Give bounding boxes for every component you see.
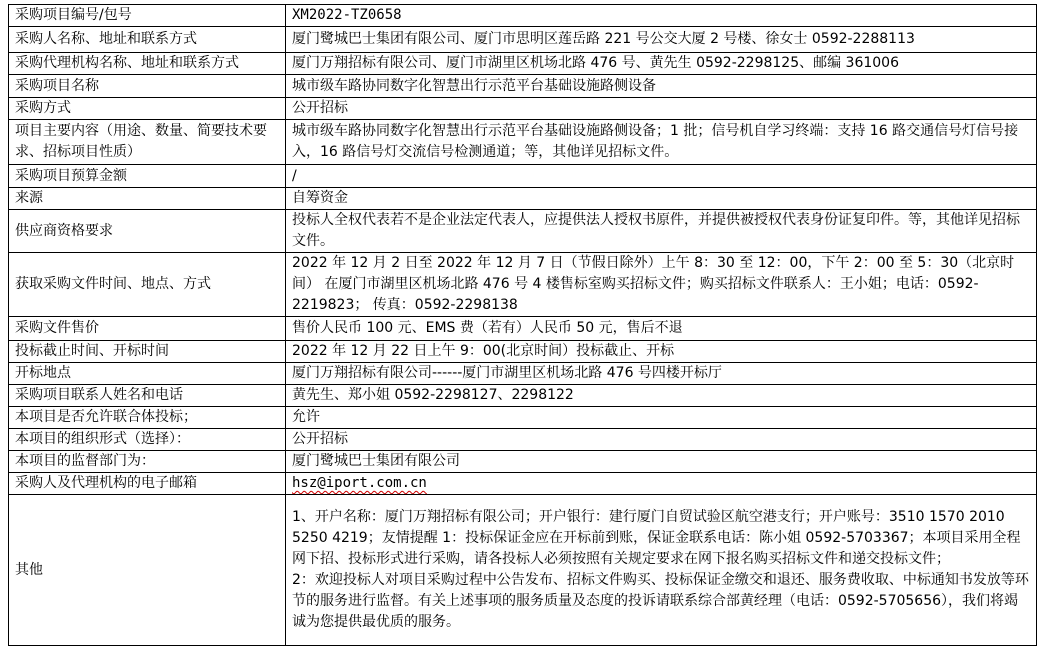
row-deadline: 投标截止时间、开标时间 2022 年 12 月 22 日上午 9：00(北京时间… [9, 341, 1037, 363]
row-other: 其他 1、开户名称：厦门万翔招标有限公司；开户银行：建行厦门自贸试验区航空港支行… [9, 495, 1037, 646]
value-document-acquisition: 2022 年 12 月 2 日至 2022 年 12 月 7 日（节假日除外）上… [286, 253, 1037, 317]
value-agency: 厦门万翔招标有限公司、厦门市湖里区机场北路 476 号、黄先生 0592-229… [286, 53, 1037, 75]
row-procurement-method: 采购方式 公开招标 [9, 98, 1037, 120]
label-organization-form: 本项目的组织形式（选择）： [9, 429, 286, 451]
label-funding-source: 来源 [9, 188, 286, 210]
value-deadline: 2022 年 12 月 22 日上午 9：00(北京时间）投标截止、开标 [286, 341, 1037, 363]
row-project-name: 采购项目名称 城市级车路协同数字化智慧出行示范平台基础设施路侧设备 [9, 75, 1037, 98]
row-supervisor: 本项目的监督部门为： 厦门鹭城巴士集团有限公司 [9, 451, 1037, 473]
value-consortium: 允许 [286, 407, 1037, 429]
label-opening-location: 开标地点 [9, 363, 286, 385]
label-supervisor: 本项目的监督部门为： [9, 451, 286, 473]
value-opening-location: 厦门万翔招标有限公司------厦门市湖里区机场北路 476 号四楼开标厅 [286, 363, 1037, 385]
row-funding-source: 来源 自筹资金 [9, 188, 1037, 210]
label-document-acquisition: 获取采购文件时间、地点、方式 [9, 253, 286, 317]
row-main-content: 项目主要内容（用途、数量、简要技术要求、招标项目性质） 城市级车路协同数字化智慧… [9, 120, 1037, 165]
value-main-content: 城市级车路协同数字化智慧出行示范平台基础设施路侧设备；1 批；信号机自学习终端：… [286, 120, 1037, 165]
label-project-number: 采购项目编号/包号 [9, 5, 286, 27]
label-deadline: 投标截止时间、开标时间 [9, 341, 286, 363]
row-document-acquisition: 获取采购文件时间、地点、方式 2022 年 12 月 2 日至 2022 年 1… [9, 253, 1037, 317]
label-agency: 采购代理机构名称、地址和联系方式 [9, 53, 286, 75]
label-supplier-qualification: 供应商资格要求 [9, 210, 286, 253]
label-contact: 采购项目联系人姓名和电话 [9, 385, 286, 407]
other-paragraph-1: 1、开户名称：厦门万翔招标有限公司；开户银行：建行厦门自贸试验区航空港支行；开户… [292, 507, 1030, 570]
label-document-price: 采购文件售价 [9, 317, 286, 341]
row-supplier-qualification: 供应商资格要求 投标人全权代表若不是企业法定代表人，应提供法人授权书原件，并提供… [9, 210, 1037, 253]
value-document-price: 售价人民币 100 元、EMS 费（若有）人民币 50 元，售后不退 [286, 317, 1037, 341]
label-other: 其他 [9, 495, 286, 646]
row-organization-form: 本项目的组织形式（选择）： 公开招标 [9, 429, 1037, 451]
value-project-name: 城市级车路协同数字化智慧出行示范平台基础设施路侧设备 [286, 75, 1037, 98]
label-budget: 采购项目预算金额 [9, 165, 286, 188]
value-supervisor: 厦门鹭城巴士集团有限公司 [286, 451, 1037, 473]
procurement-info-table: 采购项目编号/包号 XM2022-TZ0658 采购人名称、地址和联系方式 厦门… [8, 4, 1037, 646]
value-email: hsz@iport.com.cn [286, 473, 1037, 495]
row-project-number: 采购项目编号/包号 XM2022-TZ0658 [9, 5, 1037, 27]
label-email: 采购人及代理机构的电子邮箱 [9, 473, 286, 495]
value-budget: / [286, 165, 1037, 188]
value-other: 1、开户名称：厦门万翔招标有限公司；开户银行：建行厦门自贸试验区航空港支行；开户… [286, 495, 1037, 646]
value-project-number: XM2022-TZ0658 [286, 5, 1037, 27]
row-purchaser: 采购人名称、地址和联系方式 厦门鹭城巴士集团有限公司、厦门市思明区莲岳路 221… [9, 27, 1037, 53]
label-main-content: 项目主要内容（用途、数量、简要技术要求、招标项目性质） [9, 120, 286, 165]
label-consortium: 本项目是否允许联合体投标； [9, 407, 286, 429]
value-funding-source: 自筹资金 [286, 188, 1037, 210]
row-contact: 采购项目联系人姓名和电话 黄先生、郑小姐 0592-2298127、229812… [9, 385, 1037, 407]
value-organization-form: 公开招标 [286, 429, 1037, 451]
value-procurement-method: 公开招标 [286, 98, 1037, 120]
label-project-name: 采购项目名称 [9, 75, 286, 98]
row-document-price: 采购文件售价 售价人民币 100 元、EMS 费（若有）人民币 50 元，售后不… [9, 317, 1037, 341]
label-procurement-method: 采购方式 [9, 98, 286, 120]
row-email: 采购人及代理机构的电子邮箱 hsz@iport.com.cn [9, 473, 1037, 495]
email-link[interactable]: hsz@iport.com.cn [292, 475, 427, 491]
value-purchaser: 厦门鹭城巴士集团有限公司、厦门市思明区莲岳路 221 号公交大厦 2 号楼、徐女… [286, 27, 1037, 53]
label-purchaser: 采购人名称、地址和联系方式 [9, 27, 286, 53]
value-contact: 黄先生、郑小姐 0592-2298127、2298122 [286, 385, 1037, 407]
row-opening-location: 开标地点 厦门万翔招标有限公司------厦门市湖里区机场北路 476 号四楼开… [9, 363, 1037, 385]
row-budget: 采购项目预算金额 / [9, 165, 1037, 188]
row-consortium: 本项目是否允许联合体投标； 允许 [9, 407, 1037, 429]
other-paragraph-2: 2：欢迎投标人对项目采购过程中公告发布、招标文件购买、投标保证金缴交和退还、服务… [292, 570, 1030, 633]
value-supplier-qualification: 投标人全权代表若不是企业法定代表人，应提供法人授权书原件，并提供被授权代表身份证… [286, 210, 1037, 253]
row-agency: 采购代理机构名称、地址和联系方式 厦门万翔招标有限公司、厦门市湖里区机场北路 4… [9, 53, 1037, 75]
